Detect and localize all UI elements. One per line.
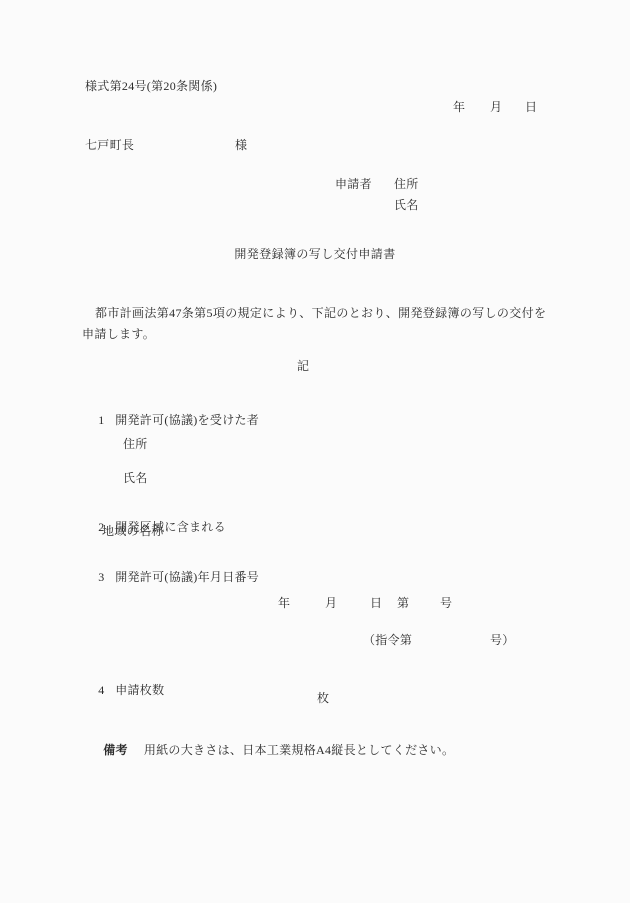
date-year-label: 年 — [453, 100, 465, 114]
addressee-name: 七戸町長 — [85, 138, 134, 152]
application-form-page: 様式第24号(第20条関係) 年 月 日 七戸町長 様 申請者 住所 氏名 開発… — [0, 0, 630, 903]
permit-year-label: 年 — [278, 596, 290, 610]
body-paragraph: 都市計画法第47条第5項の規定により、下記のとおり、開発登録簿の写しの交付を申請… — [82, 303, 558, 344]
permit-day-label: 日 — [370, 596, 382, 610]
applicant-label: 申請者 — [335, 177, 372, 191]
item-1-number: 1 — [98, 413, 115, 427]
addressee-honorific: 様 — [235, 138, 247, 152]
note-label: 備考 — [103, 743, 128, 757]
directive-prefix: （指令第 — [363, 633, 412, 647]
item-4: 4申請枚数 — [85, 669, 164, 711]
date-day-label: 日 — [525, 100, 537, 114]
note-text: 用紙の大きさは、日本工業規格A4縦長としてください。 — [144, 743, 454, 757]
item-1-address-label: 住所 — [123, 437, 148, 451]
applicant-name-label: 氏名 — [394, 198, 419, 212]
permit-number-prefix-label: 第 — [397, 596, 409, 610]
permit-month-label: 月 — [325, 596, 337, 610]
item-3: 3開発許可(協議)年月日番号 — [85, 556, 259, 598]
form-number: 様式第24号(第20条関係) — [85, 79, 217, 93]
item-4-number: 4 — [98, 683, 115, 697]
directive-suffix: 号） — [490, 633, 515, 647]
date-month-label: 月 — [490, 100, 502, 114]
item-1: 1開発許可(協議)を受けた者 — [85, 399, 259, 441]
item-1-label: 開発許可(協議)を受けた者 — [115, 413, 259, 427]
item-3-label: 開発許可(協議)年月日番号 — [115, 570, 259, 584]
section-marker: 記 — [297, 359, 309, 373]
permit-number-suffix-label: 号 — [440, 596, 452, 610]
applicant-address-label: 住所 — [394, 177, 419, 191]
item-3-number: 3 — [98, 570, 115, 584]
item-4-label: 申請枚数 — [115, 683, 164, 697]
note-line: 備考用紙の大きさは、日本工業規格A4縦長としてください。 — [90, 729, 454, 771]
item-1-name-label: 氏名 — [123, 471, 148, 485]
item-2-label-line2: 地域の名称 — [102, 524, 164, 538]
item-4-unit-label: 枚 — [317, 691, 329, 705]
document-title: 開発登録簿の写し交付申請書 — [0, 247, 630, 261]
